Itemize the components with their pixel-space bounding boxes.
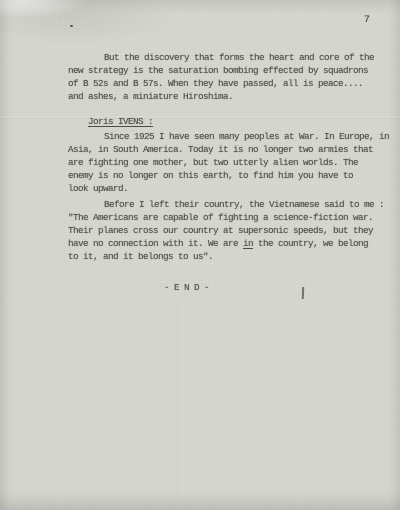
end-mark: - E N D - — [164, 281, 284, 294]
text-segment: have no connection with it. We are — [68, 238, 243, 249]
paragraph-saturation-bombing: But the discovery that forms the heart a… — [68, 51, 386, 103]
text-line: and ashes, a miniature Hiroshima. — [68, 90, 386, 103]
text-line: Asia, in South America. Today it is no l… — [68, 143, 386, 156]
text-line: Their planes cross our country at supers… — [68, 224, 386, 237]
text-line: But the discovery that forms the heart a… — [68, 51, 386, 64]
text-line: enemy is no longer on this earth, to fin… — [68, 169, 386, 182]
stray-pen-mark — [302, 287, 304, 299]
scanned-typewritten-page: 7 But the discovery that forms the heart… — [0, 0, 400, 510]
text-line: Before I left their country, the Vietnam… — [68, 198, 386, 211]
text-line: new strategy is the saturation bombing e… — [68, 64, 386, 77]
section-heading-joris-ivens: Joris IVENS : — [68, 111, 400, 129]
text-line: "The Americans are capable of fighting a… — [68, 211, 386, 224]
ink-speck — [70, 25, 73, 27]
text-line-with-underline: have no connection with it. We are in th… — [68, 237, 386, 250]
text-line: are fighting one mother, but two utterly… — [68, 156, 386, 169]
text-segment: the country, we belong — [253, 238, 368, 249]
text-line: Since 1925 I have seen many peoples at W… — [68, 130, 386, 143]
page-number: 7 — [364, 14, 370, 26]
text-line: of B 52s and B 57s. When they have passe… — [68, 77, 386, 90]
end-mark-block: - E N D - — [164, 281, 284, 294]
text-line: to it, and it belongs to us". — [68, 250, 386, 263]
underlined-word-in: in — [243, 238, 253, 249]
text-line: look upward. — [68, 182, 386, 195]
paragraph-since-1925: Since 1925 I have seen many peoples at W… — [68, 130, 386, 195]
paper-crease-vertical — [177, 300, 179, 510]
paragraph-vietnamese-quote: Before I left their country, the Vietnam… — [68, 198, 386, 263]
heading-text: Joris IVENS : — [88, 116, 153, 127]
